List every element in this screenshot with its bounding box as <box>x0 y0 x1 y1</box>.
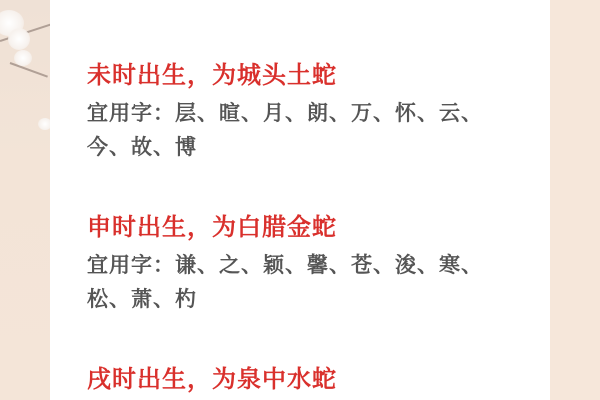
recommended-characters-line: 宜用字：谦、之、颖、馨、苍、浚、寒、 <box>87 248 537 282</box>
section-heading: 未时出生，为城头土蛇 <box>87 60 537 90</box>
section-shen-hour: 申时出生，为白腊金蛇 宜用字：谦、之、颖、馨、苍、浚、寒、 松、萧、杓 <box>87 212 537 316</box>
cut-off-title-fragment <box>250 0 450 2</box>
recommended-characters-line: 松、萧、杓 <box>87 282 537 316</box>
section-xu-hour: 戌时出生，为泉中水蛇 <box>87 364 537 394</box>
blossom-decoration <box>8 28 30 50</box>
recommended-characters-line: 今、故、博 <box>87 130 537 164</box>
section-heading: 戌时出生，为泉中水蛇 <box>87 364 537 394</box>
recommended-characters: 宜用字：层、暄、月、朗、万、怀、云、 今、故、博 <box>87 96 537 164</box>
recommended-characters: 宜用字：谦、之、颖、馨、苍、浚、寒、 松、萧、杓 <box>87 248 537 316</box>
background-right-panel <box>550 0 600 400</box>
recommended-characters-line: 宜用字：层、暄、月、朗、万、怀、云、 <box>87 96 537 130</box>
section-wei-hour: 未时出生，为城头土蛇 宜用字：层、暄、月、朗、万、怀、云、 今、故、博 <box>87 60 537 164</box>
section-heading: 申时出生，为白腊金蛇 <box>87 212 537 242</box>
blossom-decoration <box>14 50 32 66</box>
